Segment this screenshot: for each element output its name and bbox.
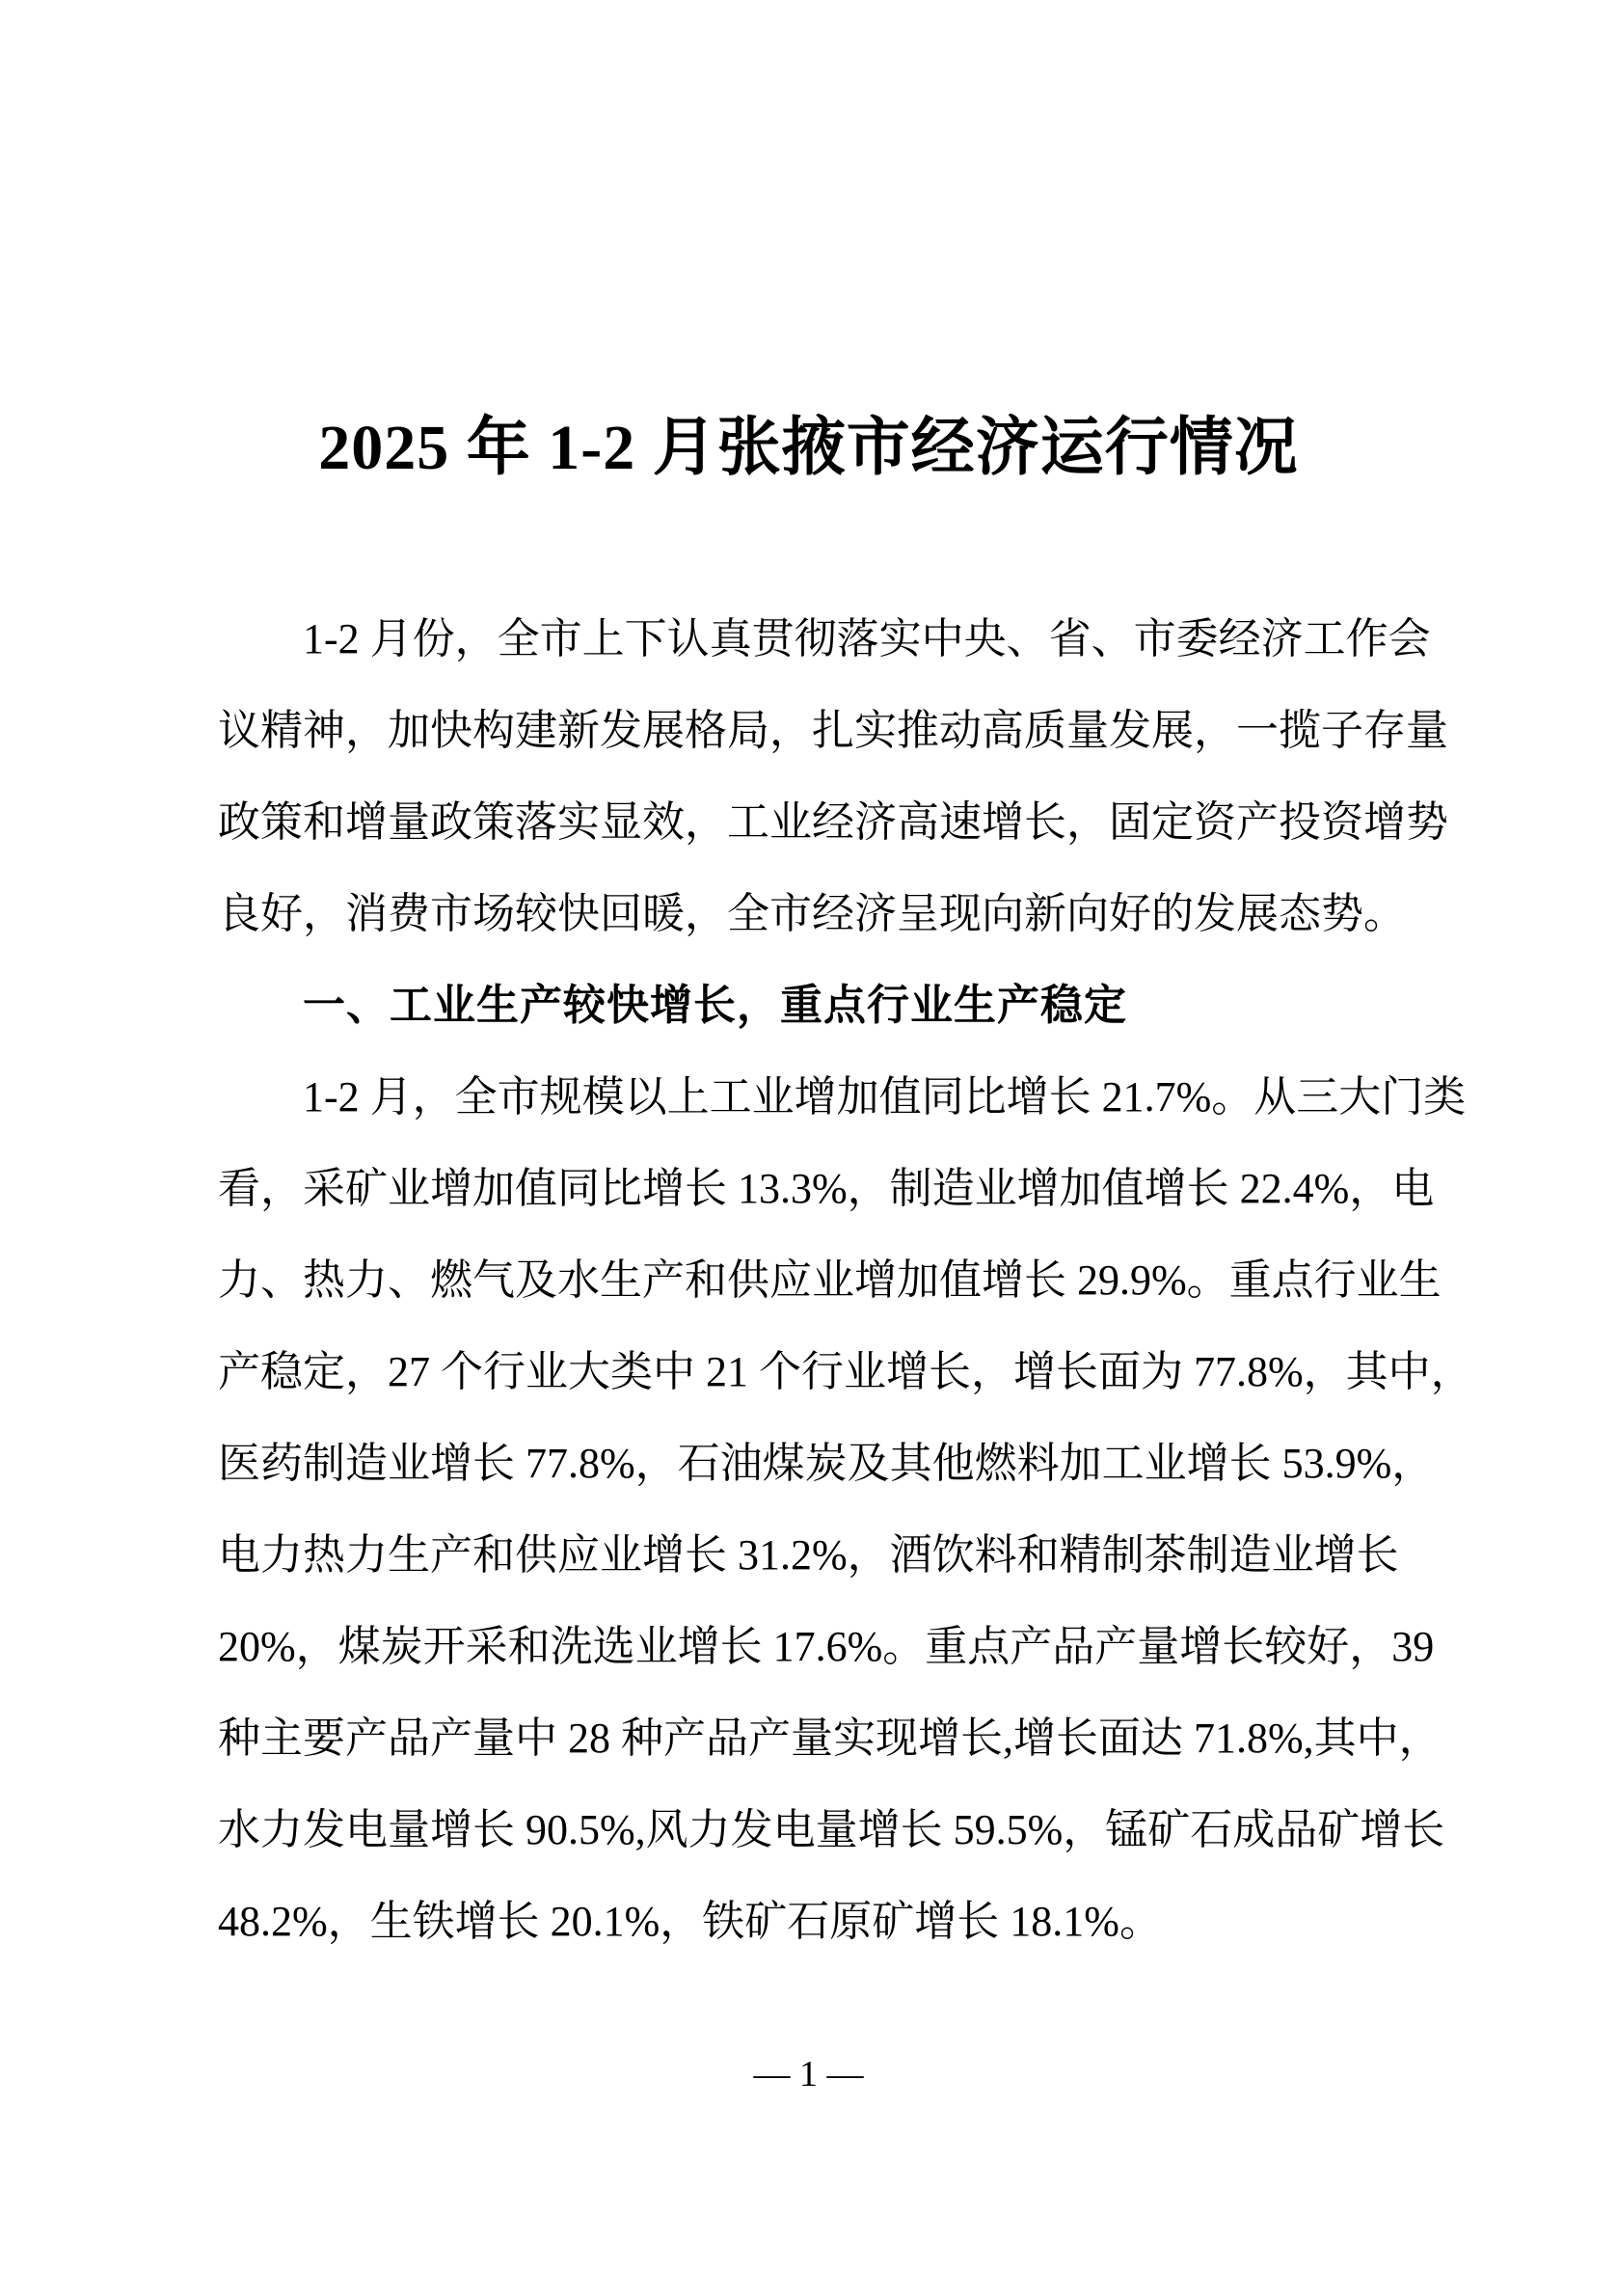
section1-paragraph-line: 48.2%，生铁增长 20.1%，铁矿石原矿增长 18.1%。	[218, 1876, 1398, 1967]
section1-paragraph-line: 看，采矿业增加值同比增长 13.3%，制造业增加值增长 22.4%，电	[218, 1143, 1398, 1234]
document-body: 1-2 月份，全市上下认真贯彻落实中央、省、市委经济工作会 议精神，加快构建新发…	[218, 593, 1398, 1967]
section1-paragraph-line: 医药制造业增长 77.8%，石油煤炭及其他燃料加工业增长 53.9%，	[218, 1418, 1398, 1509]
paragraph1-line: 良好，消费市场较快回暖，全市经济呈现向新向好的发展态势。	[218, 868, 1398, 959]
paragraph1-line: 议精神，加快构建新发展格局，扎实推动高质量发展，一揽子存量	[218, 685, 1398, 776]
section1-paragraph-line: 种主要产品产量中 28 种产品产量实现增长,增长面达 71.8%,其中，	[218, 1692, 1398, 1784]
section1-paragraph-line: 1-2 月，全市规模以上工业增加值同比增长 21.7%。从三大门类	[218, 1051, 1398, 1143]
document-page: 2025 年 1-2 月张掖市经济运行情况 1-2 月份，全市上下认真贯彻落实中…	[0, 0, 1617, 2296]
section1-heading: 一、工业生产较快增长，重点行业生产稳定	[218, 959, 1398, 1051]
section1-paragraph-line: 20%，煤炭开采和洗选业增长 17.6%。重点产品产量增长较好，39	[218, 1601, 1398, 1692]
document-title: 2025 年 1-2 月张掖市经济运行情况	[0, 405, 1617, 492]
page-number: — 1 —	[0, 2045, 1617, 2103]
section1-paragraph-line: 力、热力、燃气及水生产和供应业增加值增长 29.9%。重点行业生	[218, 1234, 1398, 1326]
paragraph1-line: 1-2 月份，全市上下认真贯彻落实中央、省、市委经济工作会	[218, 593, 1398, 685]
section1-paragraph-line: 产稳定，27 个行业大类中 21 个行业增长，增长面为 77.8%，其中，	[218, 1326, 1398, 1418]
paragraph1-line: 政策和增量政策落实显效，工业经济高速增长，固定资产投资增势	[218, 776, 1398, 868]
section1-paragraph-line: 水力发电量增长 90.5%,风力发电量增长 59.5%，锰矿石成品矿增长	[218, 1784, 1398, 1876]
section1-paragraph-line: 电力热力生产和供应业增长 31.2%，酒饮料和精制茶制造业增长	[218, 1509, 1398, 1601]
